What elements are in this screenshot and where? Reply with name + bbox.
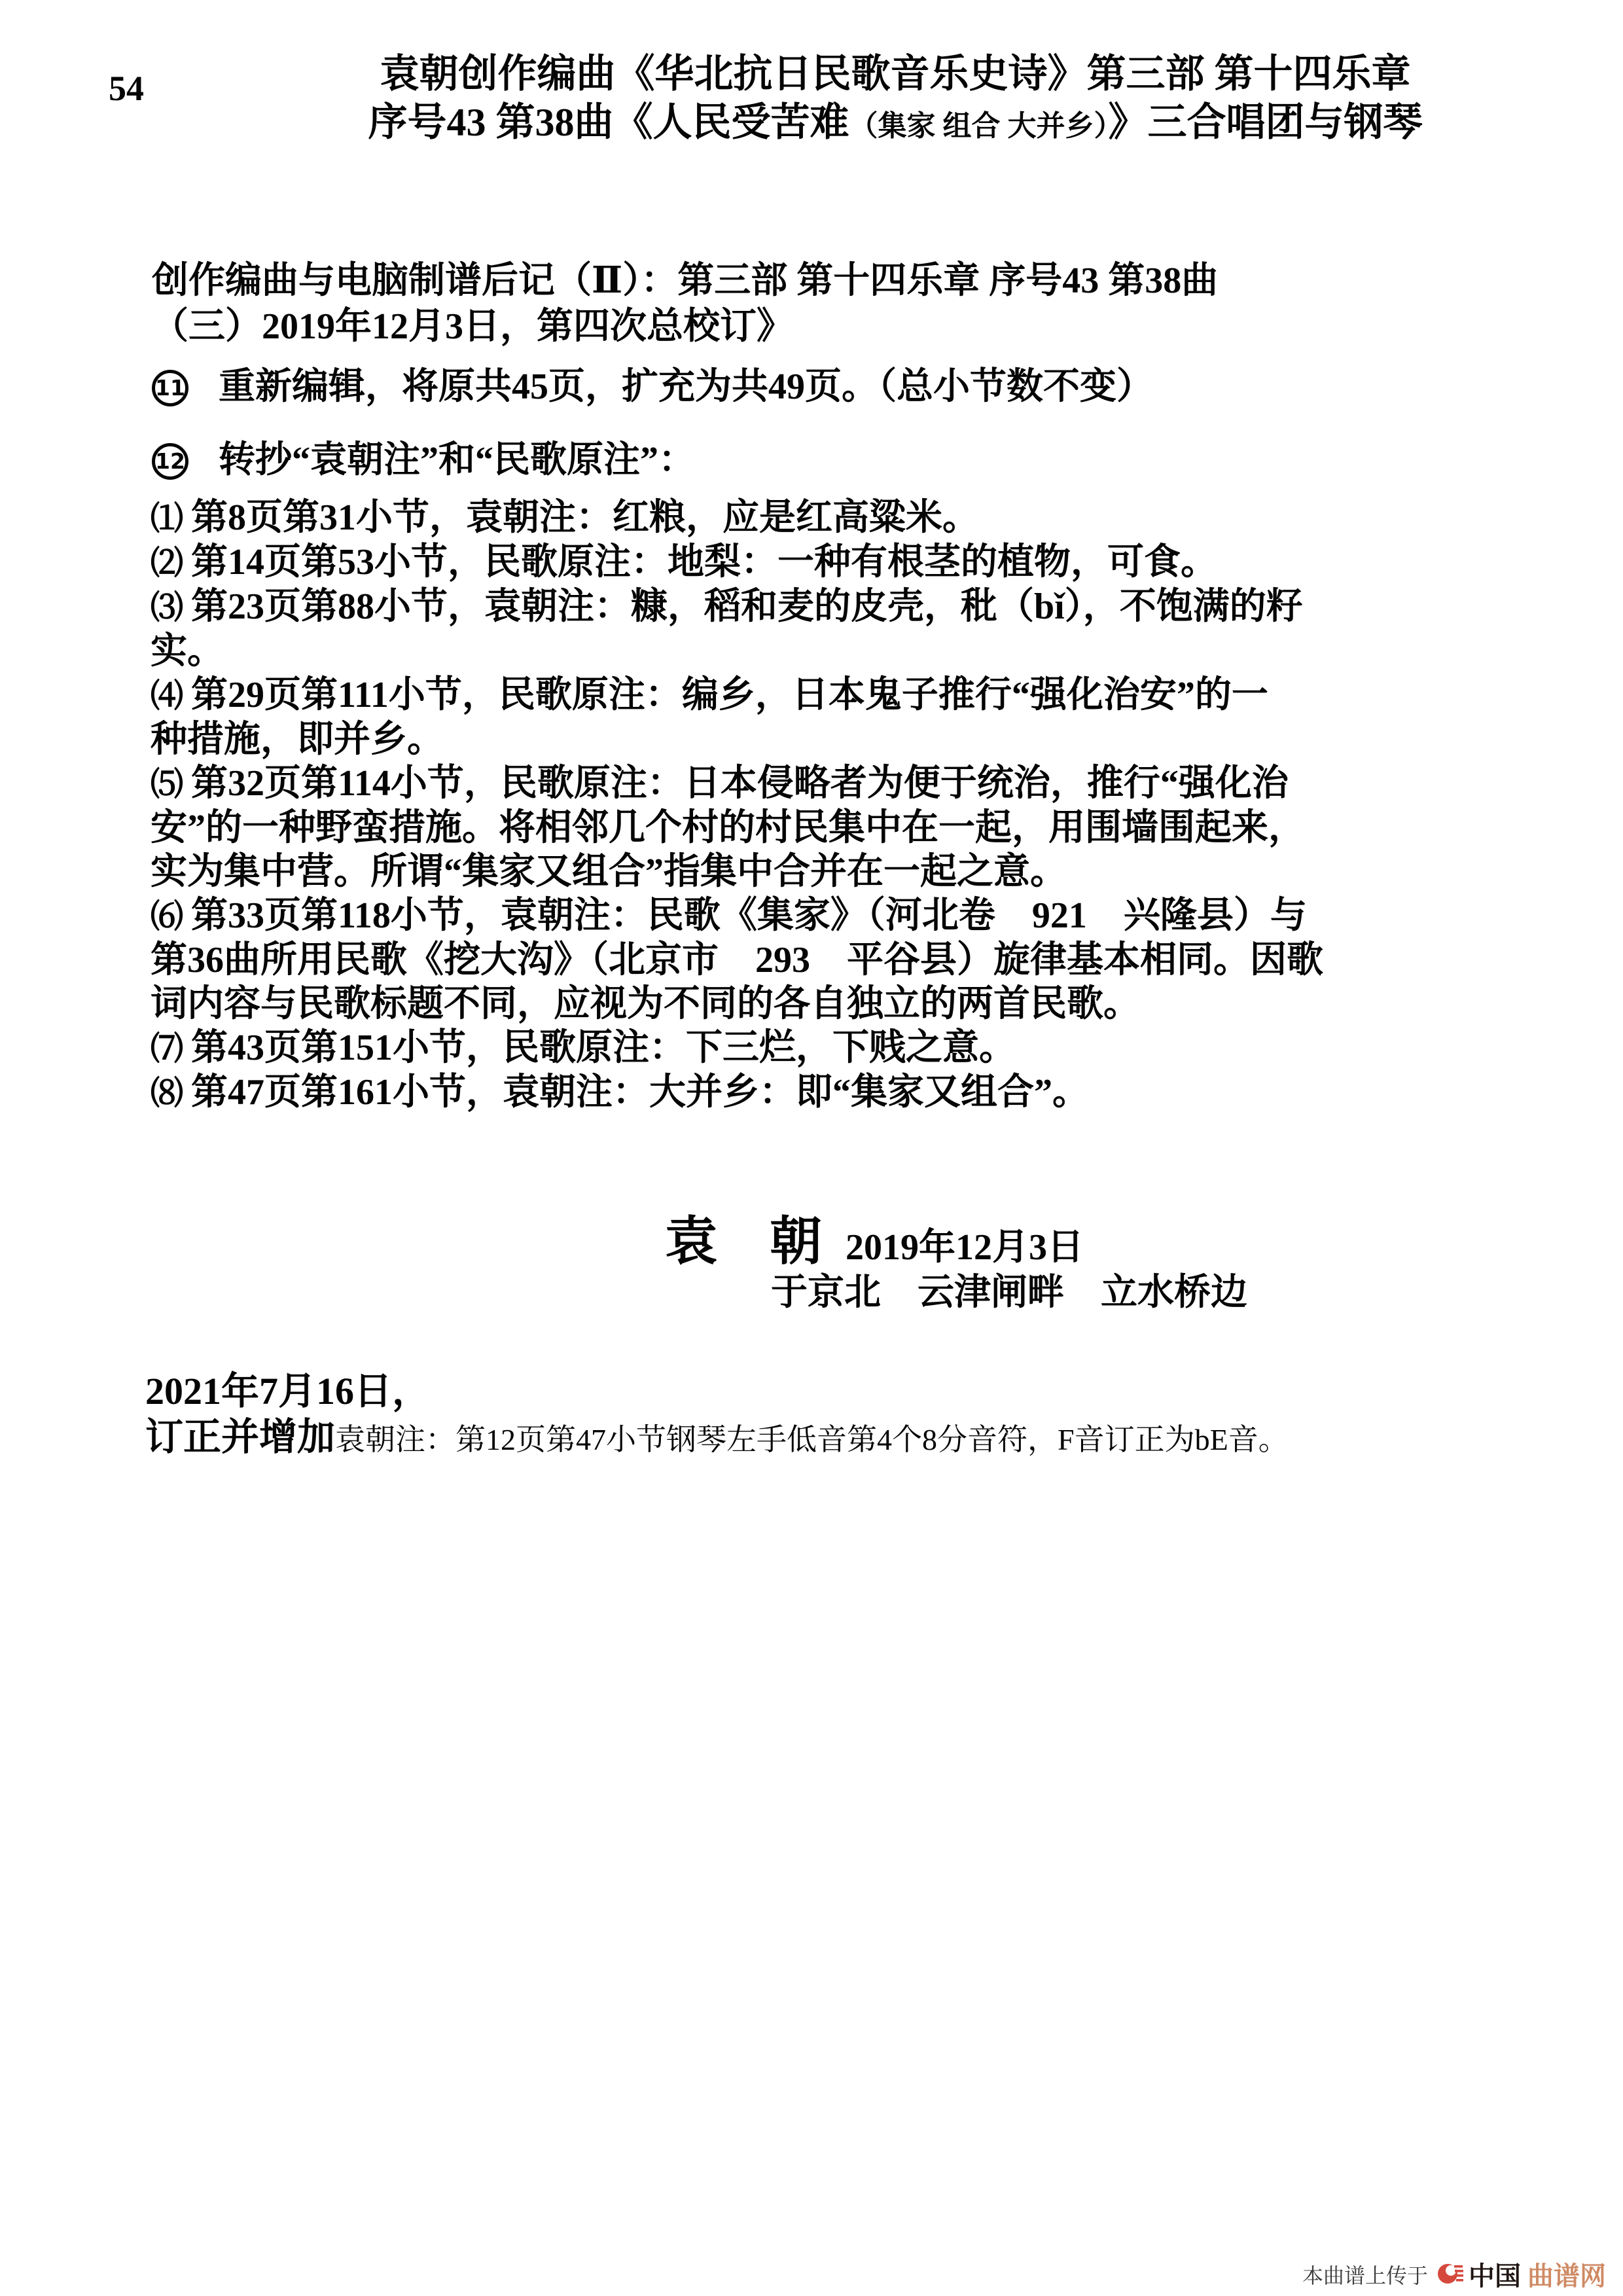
header-line-1: 袁朝创作编曲《华北抗日民歌音乐史诗》第三部 第十四乐章: [168, 50, 1623, 98]
amendment-line: 订正并增加袁朝注：第12页第47小节钢琴左手低音第4个8分音符，F音订正为bE音…: [145, 1406, 1289, 1461]
music-site-logo-icon: [1437, 2259, 1465, 2289]
note-text: 第14页第53小节，民歌原注：地梨：一种有根茎的植物，可食。: [191, 542, 1217, 583]
note-line-continuation: 第36曲所用民歌《挖大沟》（北京市 293 平谷县）旋律基本相同。因歌: [151, 939, 1323, 982]
note-marker: ⑵: [151, 544, 183, 582]
note-line-continuation: 实为集中营。所谓“集家又组合”指集中合并在一起之意。: [151, 850, 1323, 894]
header-line-2-suffix: 》三合唱团与钢琴: [1109, 101, 1423, 144]
note-line: ⑵第14页第53小节，民歌原注：地梨：一种有根茎的植物，可食。: [151, 541, 1323, 585]
note-marker: ⑺: [151, 1030, 183, 1067]
note-line-continuation: 安”的一种野蛮措施。将相邻几个村的村民集中在一起，用围墙围起来，: [151, 806, 1323, 850]
item-11-text: 重新编辑，将原共45页，扩充为共49页。（总小节数不变）: [219, 367, 1153, 407]
note-text: 第43页第151小节，民歌原注：下三烂，下贱之意。: [191, 1028, 1016, 1068]
note-line: ⑻第47页第161小节，袁朝注：大并乡：即“集家又组合”。: [151, 1071, 1323, 1115]
header-line-2-subtitle: （集家 组合 大并乡）: [849, 110, 1109, 142]
signature-place: 于京北 云津闸畔 立水桥边: [771, 1263, 1247, 1316]
watermark-brand-black: 中国: [1469, 2255, 1521, 2293]
item-12-text: 转抄“袁朝注”和“民歌原注”：: [219, 440, 695, 480]
circled-number-11: 11: [152, 370, 188, 406]
page-number: 54: [109, 68, 144, 109]
note-marker: ⑻: [151, 1074, 183, 1112]
running-header: 袁朝创作编曲《华北抗日民歌音乐史诗》第三部 第十四乐章 序号43 第38曲《人民…: [168, 50, 1623, 151]
note-marker: ⑹: [151, 897, 183, 935]
note-text: 第33页第118小节，袁朝注：民歌《集家》（河北卷 921 兴隆县）与: [191, 895, 1307, 936]
note-line: ⑸第32页第114小节，民歌原注：日本侵略者为便于统治，推行“强化治: [151, 762, 1323, 806]
signature-date: 2019年12月3日: [846, 1218, 1084, 1270]
amendment-bold-prefix: 订正并增加: [145, 1416, 335, 1458]
postscript-title-line-2: （三）2019年12月3日，第四次总校订》: [152, 304, 1218, 350]
note-marker: ⑶: [151, 588, 183, 626]
note-line: ⑴第8页第31小节，袁朝注：红粮，应是红高粱米。: [151, 496, 1323, 541]
watermark-prefix: 本曲谱上传于: [1302, 2259, 1428, 2289]
document-page: 54 袁朝创作编曲《华北抗日民歌音乐史诗》第三部 第十四乐章 序号43 第38曲…: [0, 0, 1623, 2296]
note-line: ⑷第29页第111小节，民歌原注：编乡，日本鬼子推行“强化治安”的一: [151, 673, 1323, 718]
site-watermark: 本曲谱上传于 中国 曲谱网: [1302, 2255, 1606, 2293]
notes-list: ⑴第8页第31小节，袁朝注：红粮，应是红高粱米。 ⑵第14页第53小节，民歌原注…: [151, 496, 1323, 1115]
postscript-item-12: 12转抄“袁朝注”和“民歌原注”：: [152, 437, 695, 483]
note-text: 第47页第161小节，袁朝注：大并乡：即“集家又组合”。: [191, 1072, 1089, 1113]
postscript-title: 创作编曲与电脑制谱后记（Ⅱ）：第三部 第十四乐章 序号43 第38曲 （三）20…: [152, 258, 1218, 350]
note-marker: ⑴: [151, 499, 183, 537]
note-text: 第29页第111小节，民歌原注：编乡，日本鬼子推行“强化治安”的一: [191, 675, 1268, 715]
note-line-continuation: 实。: [151, 630, 1323, 673]
postscript-item-11: 11重新编辑，将原共45页，扩充为共49页。（总小节数不变）: [152, 364, 1153, 410]
note-line: ⑹第33页第118小节，袁朝注：民歌《集家》（河北卷 921 兴隆县）与: [151, 894, 1323, 939]
note-marker: ⑷: [151, 677, 183, 715]
postscript-title-line-1: 创作编曲与电脑制谱后记（Ⅱ）：第三部 第十四乐章 序号43 第38曲: [152, 258, 1218, 304]
note-line-continuation: 词内容与民歌标题不同，应视为不同的各自独立的两首民歌。: [151, 982, 1323, 1026]
circled-number-12: 12: [152, 443, 188, 480]
note-text: 第8页第31小节，袁朝注：红粮，应是红高粱米。: [191, 497, 979, 538]
header-line-2-prefix: 序号43 第38曲《人民受苦难: [368, 101, 849, 144]
note-line-continuation: 种措施，即并乡。: [151, 718, 1323, 762]
note-line: ⑶第23页第88小节，袁朝注：糠，稻和麦的皮壳，秕（bǐ），不饱满的籽: [151, 585, 1323, 630]
note-line: ⑺第43页第151小节，民歌原注：下三烂，下贱之意。: [151, 1026, 1323, 1071]
watermark-brand-red: 曲谱网: [1527, 2255, 1606, 2293]
note-marker: ⑸: [151, 765, 183, 803]
amendment-note: 袁朝注：第12页第47小节钢琴左手低音第4个8分音符，F音订正为bE音。: [335, 1423, 1289, 1456]
note-text: 第32页第114小节，民歌原注：日本侵略者为便于统治，推行“强化治: [191, 763, 1289, 804]
header-line-2: 序号43 第38曲《人民受苦难（集家 组合 大并乡）》三合唱团与钢琴: [168, 98, 1623, 151]
note-text: 第23页第88小节，袁朝注：糠，稻和麦的皮壳，秕（bǐ），不饱满的籽: [191, 586, 1303, 627]
